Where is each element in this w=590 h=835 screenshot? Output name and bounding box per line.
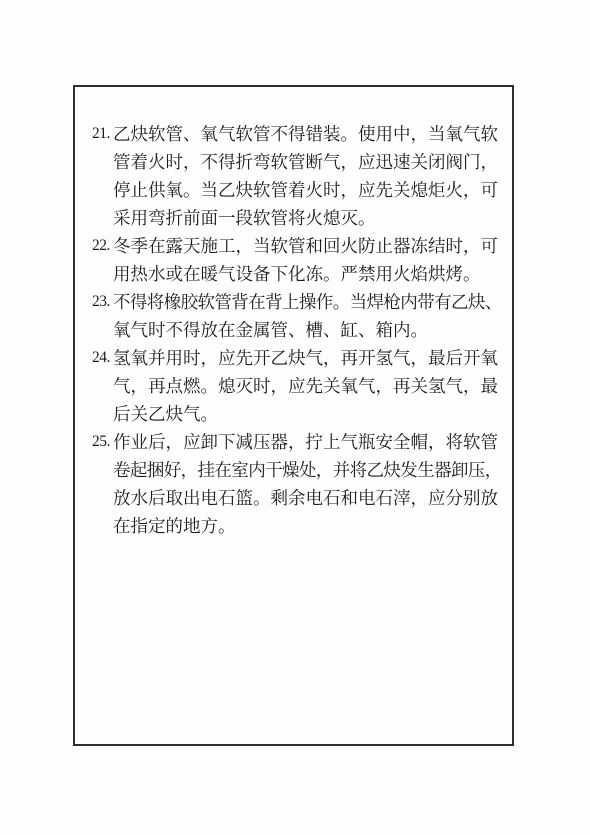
list-item-22: 22. 冬季在露天施工，当软管和回火防止器冻结时，可 用热水或在暖气设备下化冻。…	[92, 232, 512, 288]
list-item-24: 24. 氢氧并用时，应先开乙炔气，再开氢气，最后开氧 气，再点燃。熄灭时，应先关…	[92, 344, 512, 428]
item-text: 不得将橡胶软管背在背上操作。当焊枪内带有乙炔、 氧气时不得放在金属管、槽、缸、箱…	[113, 288, 512, 344]
text-line: 用热水或在暖气设备下化冻。严禁用火焰烘烤。	[113, 260, 512, 288]
list-item-25: 25. 作业后，应卸下减压器，拧上气瓶安全帽，将软管 卷起捆好，挂在室内干燥处，…	[92, 428, 512, 540]
text-line: 放水后取出电石篮。剩余电石和电石滓，应分别放	[113, 484, 512, 512]
list-item-23: 23. 不得将橡胶软管背在背上操作。当焊枪内带有乙炔、 氧气时不得放在金属管、槽…	[92, 288, 512, 344]
text-line: 氧气时不得放在金属管、槽、缸、箱内。	[113, 316, 512, 344]
item-text: 冬季在露天施工，当软管和回火防止器冻结时，可 用热水或在暖气设备下化冻。严禁用火…	[113, 232, 512, 288]
text-line: 停止供氧。当乙炔软管着火时，应先关熄炬火，可	[113, 176, 512, 204]
text-line: 乙炔软管、氧气软管不得错装。使用中，当氧气软	[113, 120, 512, 148]
item-number: 25.	[92, 428, 113, 456]
item-number: 22.	[92, 232, 113, 260]
item-number: 24.	[92, 344, 113, 372]
item-number: 21.	[92, 120, 113, 148]
item-number: 23.	[92, 288, 113, 316]
text-line: 卷起捆好，挂在室内干燥处，并将乙炔发生器卸压，	[113, 456, 512, 484]
text-line: 氢氧并用时，应先开乙炔气，再开氢气，最后开氧	[113, 344, 512, 372]
item-text: 作业后，应卸下减压器，拧上气瓶安全帽，将软管 卷起捆好，挂在室内干燥处，并将乙炔…	[113, 428, 512, 540]
document-text-frame: 21. 乙炔软管、氧气软管不得错装。使用中，当氧气软 管着火时，不得折弯软管断气…	[73, 85, 514, 746]
text-line: 冬季在露天施工，当软管和回火防止器冻结时，可	[113, 232, 512, 260]
text-line: 采用弯折前面一段软管将火熄灭。	[113, 204, 512, 232]
text-line: 气，再点燃。熄灭时，应先关氧气，再关氢气，最	[113, 372, 512, 400]
text-line: 后关乙炔气。	[113, 400, 512, 428]
text-line: 管着火时，不得折弯软管断气，应迅速关闭阀门，	[113, 148, 512, 176]
list-item-21: 21. 乙炔软管、氧气软管不得错装。使用中，当氧气软 管着火时，不得折弯软管断气…	[92, 120, 512, 232]
text-line: 在指定的地方。	[113, 512, 512, 540]
text-line: 不得将橡胶软管背在背上操作。当焊枪内带有乙炔、	[113, 288, 512, 316]
regulations-list: 21. 乙炔软管、氧气软管不得错装。使用中，当氧气软 管着火时，不得折弯软管断气…	[92, 120, 512, 540]
item-text: 氢氧并用时，应先开乙炔气，再开氢气，最后开氧 气，再点燃。熄灭时，应先关氧气，再…	[113, 344, 512, 428]
item-text: 乙炔软管、氧气软管不得错装。使用中，当氧气软 管着火时，不得折弯软管断气，应迅速…	[113, 120, 512, 232]
text-line: 作业后，应卸下减压器，拧上气瓶安全帽，将软管	[113, 428, 512, 456]
